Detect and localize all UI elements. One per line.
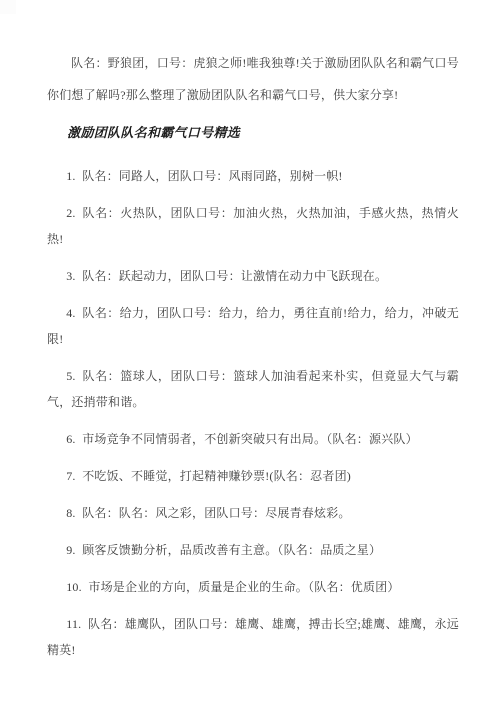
- list-item: 7.不吃饭、不睡觉，打起精神赚钞票!(队名：忍者团): [47, 463, 459, 489]
- list-item-number: 4.: [66, 306, 75, 320]
- list-item-number: 11.: [66, 617, 81, 631]
- list-item-number: 5.: [66, 369, 75, 383]
- list-item-text: 队名：队名：风之彩，团队口号：尽展青春炫彩。: [82, 506, 350, 520]
- list-item-number: 7.: [66, 469, 75, 483]
- list-item-number: 9.: [66, 543, 75, 557]
- list-item-text: 市场竞争不同情弱者，不创新突破只有出局。（队名：源兴队）: [82, 432, 418, 446]
- list-item-text: 市场是企业的方向，质量是企业的生命。（队名：优质团）: [88, 580, 399, 594]
- intro-paragraph: 队名：野狼团，口号：虎狼之师!唯我独尊!关于激励团队队名和霸气口号你们想了解吗?…: [47, 47, 459, 111]
- list-item: 9.顾客反馈勤分析，品质改善有主意。（队名：品质之星）: [47, 537, 459, 563]
- list-item: 11.队名：雄鹰队，团队口号：雄鹰、雄鹰，搏击长空;雄鹰、雄鹰，永远精英!: [47, 611, 459, 663]
- list-item: 5.队名：篮球人，团队口号：篮球人加油看起来朴实，但竟显大气与霸气，还捎带和谐。: [47, 363, 459, 415]
- list-item: 3.队名：跃起动力，团队口号：让激情在动力中飞跃现在。: [47, 263, 459, 289]
- list-item-number: 10.: [66, 580, 82, 594]
- list-item-text: 队名：雄鹰队，团队口号：雄鹰、雄鹰，搏击长空;雄鹰、雄鹰，永远精英!: [47, 617, 459, 657]
- list-item: 2.队名：火热队，团队口号：加油火热，火热加油，手感火热，热情火热!: [47, 200, 459, 252]
- list-item-text: 队名：同路人，团队口号：风雨同路，别树一帜!: [82, 169, 342, 183]
- list-item-text: 队名：跃起动力，团队口号：让激情在动力中飞跃现在。: [82, 269, 387, 283]
- slogan-list: 1.队名：同路人，团队口号：风雨同路，别树一帜! 2.队名：火热队，团队口号：加…: [47, 163, 459, 663]
- document-content: 队名：野狼团，口号：虎狼之师!唯我独尊!关于激励团队队名和霸气口号你们想了解吗?…: [47, 47, 459, 674]
- list-item: 6.市场竞争不同情弱者，不创新突破只有出局。（队名：源兴队）: [47, 426, 459, 452]
- list-item-number: 6.: [66, 432, 75, 446]
- list-item: 4.队名：给力，团队口号：给力，给力，勇往直前!给力，给力，冲破无限!: [47, 300, 459, 352]
- list-item-text: 队名：火热队，团队口号：加油火热，火热加油，手感火热，热情火热!: [47, 206, 459, 246]
- list-item-text: 顾客反馈勤分析，品质改善有主意。（队名：品质之星）: [82, 543, 381, 557]
- list-item-number: 3.: [66, 269, 75, 283]
- list-item-number: 1.: [66, 169, 75, 183]
- list-item-text: 不吃饭、不睡觉，打起精神赚钞票!(队名：忍者团): [82, 469, 351, 483]
- list-item: 8.队名：队名：风之彩，团队口号：尽展青春炫彩。: [47, 500, 459, 526]
- document-page: 队名：野狼团，口号：虎狼之师!唯我独尊!关于激励团队队名和霸气口号你们想了解吗?…: [0, 0, 500, 708]
- list-item-number: 2.: [66, 206, 75, 220]
- page-corner-artifact: [0, 0, 16, 14]
- section-heading: 激励团队队名和霸气口号精选: [47, 120, 459, 146]
- list-item-text: 队名：篮球人，团队口号：篮球人加油看起来朴实，但竟显大气与霸气，还捎带和谐。: [47, 369, 459, 409]
- list-item-number: 8.: [66, 506, 75, 520]
- list-item-text: 队名：给力，团队口号：给力，给力，勇往直前!给力，给力，冲破无限!: [47, 306, 459, 346]
- list-item: 1.队名：同路人，团队口号：风雨同路，别树一帜!: [47, 163, 459, 189]
- list-item: 10.市场是企业的方向，质量是企业的生命。（队名：优质团）: [47, 574, 459, 600]
